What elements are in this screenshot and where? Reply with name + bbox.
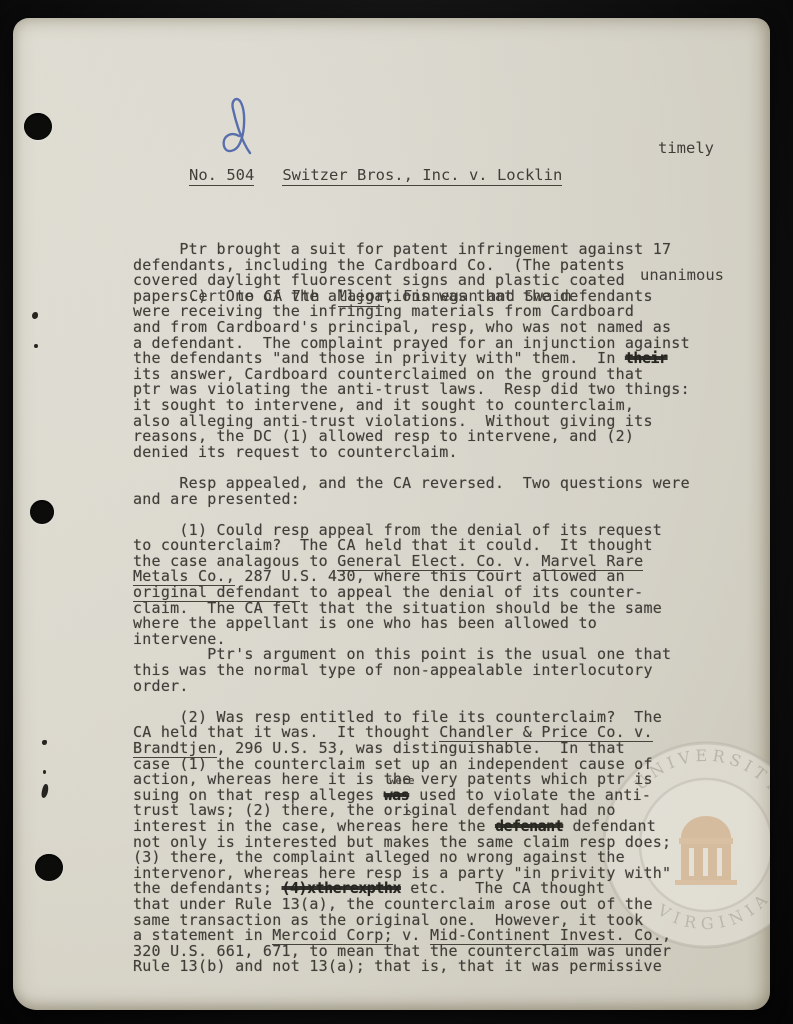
timely-note: timely [658,138,714,159]
text-line: denied its request to counterclaim. [133,445,733,461]
punch-hole-bottom [35,854,63,881]
case-title: Switzer Bros., Inc. v. Locklin [282,166,562,186]
case-number: No. 504 [189,166,254,186]
ink-speck [40,783,49,798]
header-line-1: No. 504Switzer Bros., Inc. v. Locklin ti… [133,144,752,249]
paragraph: Resp appealed, and the CA reversed. Two … [133,476,733,507]
text-line: and are presented: [133,492,733,508]
text-line: Rule 13(b) and not 13(a); that is, that … [133,959,733,975]
paragraph: (2) Was resp entitled to file its counte… [133,710,733,975]
handwritten-d-annotation [215,96,253,158]
caret-mark-icon: ^ [405,807,412,823]
ink-speck [34,344,38,348]
memo-body: Ptr brought a suit for patent infringeme… [133,242,733,975]
document-page: UNIVERSITY OF VIRGINIA No. 504Switzer Br… [13,18,770,1010]
typed-text: order. [133,677,189,695]
punch-hole-middle [30,500,54,524]
paragraph: (1) Could resp appeal from the denial of… [133,523,733,695]
typed-text: and are presented: [133,490,300,508]
scanned-document-photo: { "page": { "header": { "case_number": "… [0,0,793,1024]
punch-hole-top [24,113,52,140]
text-line: order. [133,679,733,695]
typed-text: Rule 13(b) and not 13(a); that is, that … [133,957,662,975]
typed-text: this was the normal type of non-appealab… [133,661,653,679]
typed-text: denied its request to counterclaim. [133,443,458,461]
text-line: this was the normal type of non-appealab… [133,663,733,679]
paragraph: Ptr brought a suit for patent infringeme… [133,242,733,460]
ink-speck [43,770,46,774]
ink-speck [32,312,38,319]
ink-speck [42,740,47,745]
